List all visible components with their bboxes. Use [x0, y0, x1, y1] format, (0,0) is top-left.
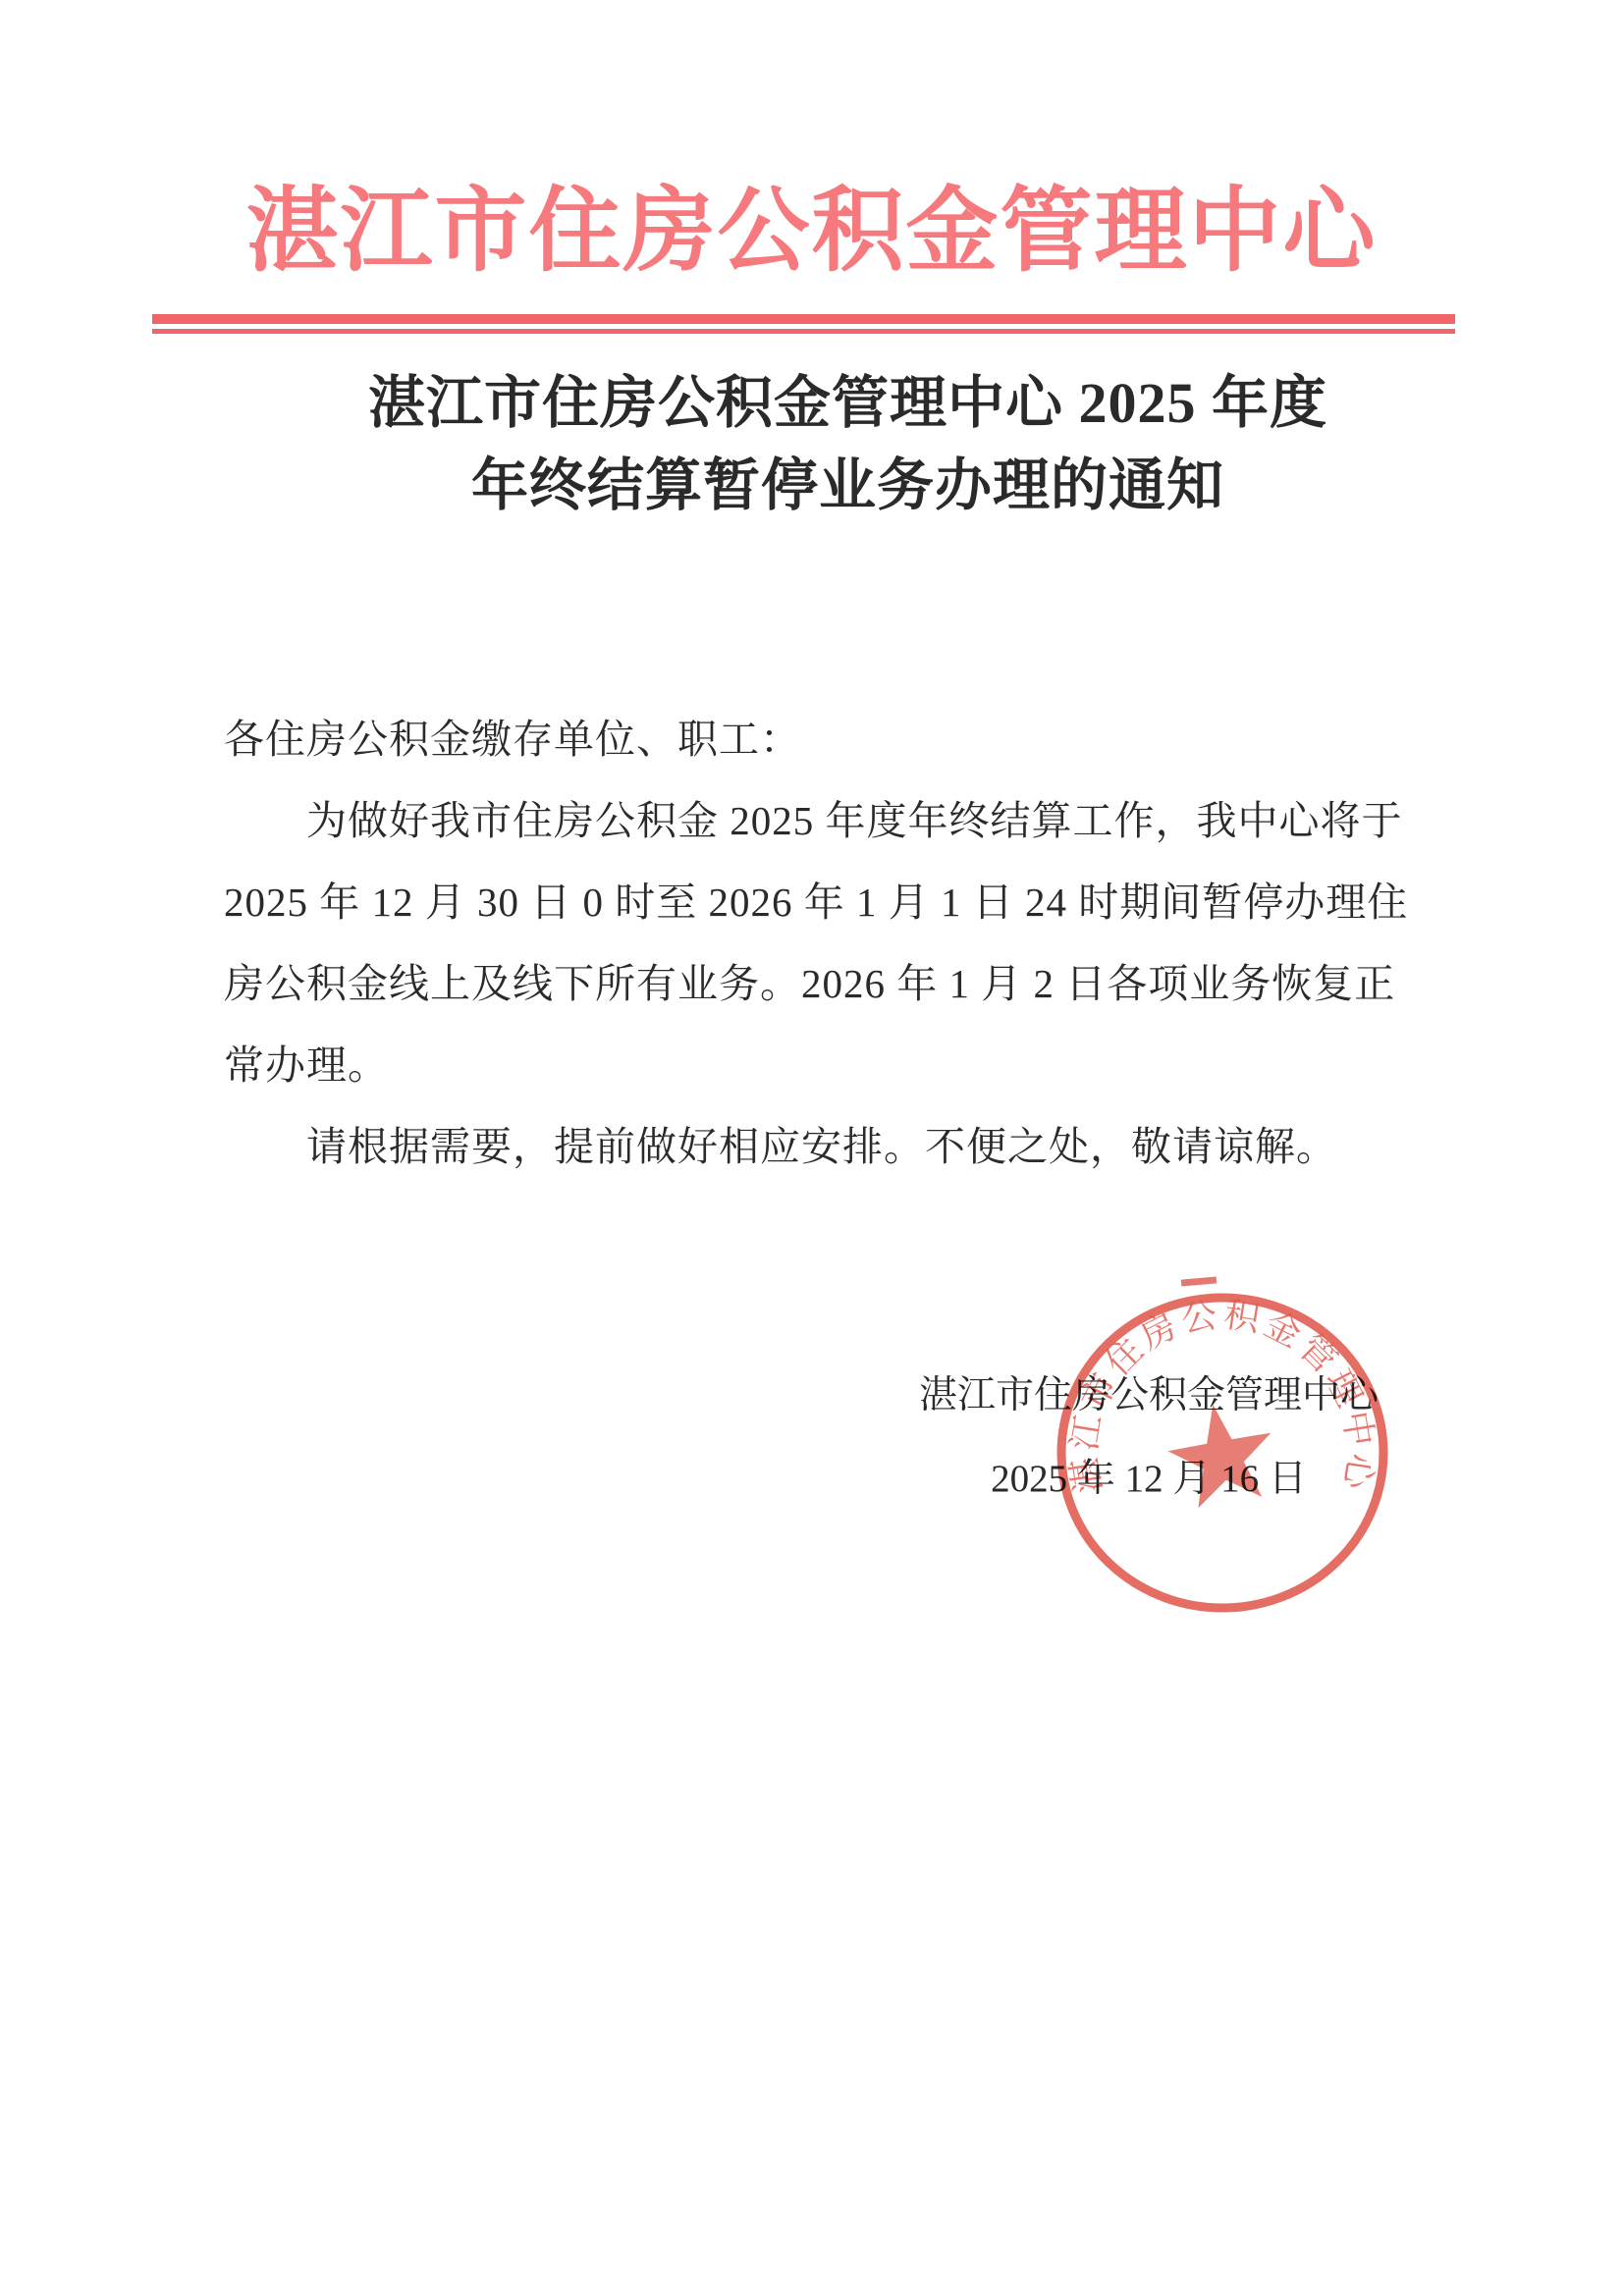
seal-stray-mark [1181, 1276, 1217, 1286]
star-icon [1168, 1405, 1271, 1508]
letterhead-rule-thick [152, 314, 1455, 324]
salutation: 各住房公积金缴存单位、职工： [224, 699, 1476, 780]
notice-title: 湛江市住房公积金管理中心 2025 年度 年终结算暂停业务办理的通知 [224, 362, 1472, 527]
paragraph1-line1: 为做好我市住房公积金 2025 年度年终结算工作，我中心将于 [224, 780, 1476, 862]
notice-body: 各住房公积金缴存单位、职工： 为做好我市住房公积金 2025 年度年终结算工作，… [224, 699, 1476, 1188]
notice-title-line2: 年终结算暂停业务办理的通知 [224, 445, 1472, 527]
letterhead-rule-thin [152, 329, 1455, 334]
paragraph1-line2: 2025 年 12 月 30 日 0 时至 2026 年 1 月 1 日 24 … [224, 862, 1476, 943]
letterhead-org-name: 湛江市住房公积金管理中心 [157, 183, 1466, 281]
paragraph1-line4: 常办理。 [224, 1025, 1476, 1106]
document-page: 湛江市住房公积金管理中心 湛江市住房公积金管理中心 2025 年度 年终结算暂停… [0, 0, 1623, 2296]
notice-title-line1: 湛江市住房公积金管理中心 2025 年度 [224, 362, 1472, 445]
paragraph2-line1: 请根据需要，提前做好相应安排。不便之处，敬请谅解。 [224, 1106, 1476, 1188]
official-red-seal: 湛江市住房公积金管理中心 [1052, 1290, 1393, 1618]
paragraph1-line3: 房公积金线上及线下所有业务。2026 年 1 月 2 日各项业务恢复正 [224, 943, 1476, 1025]
